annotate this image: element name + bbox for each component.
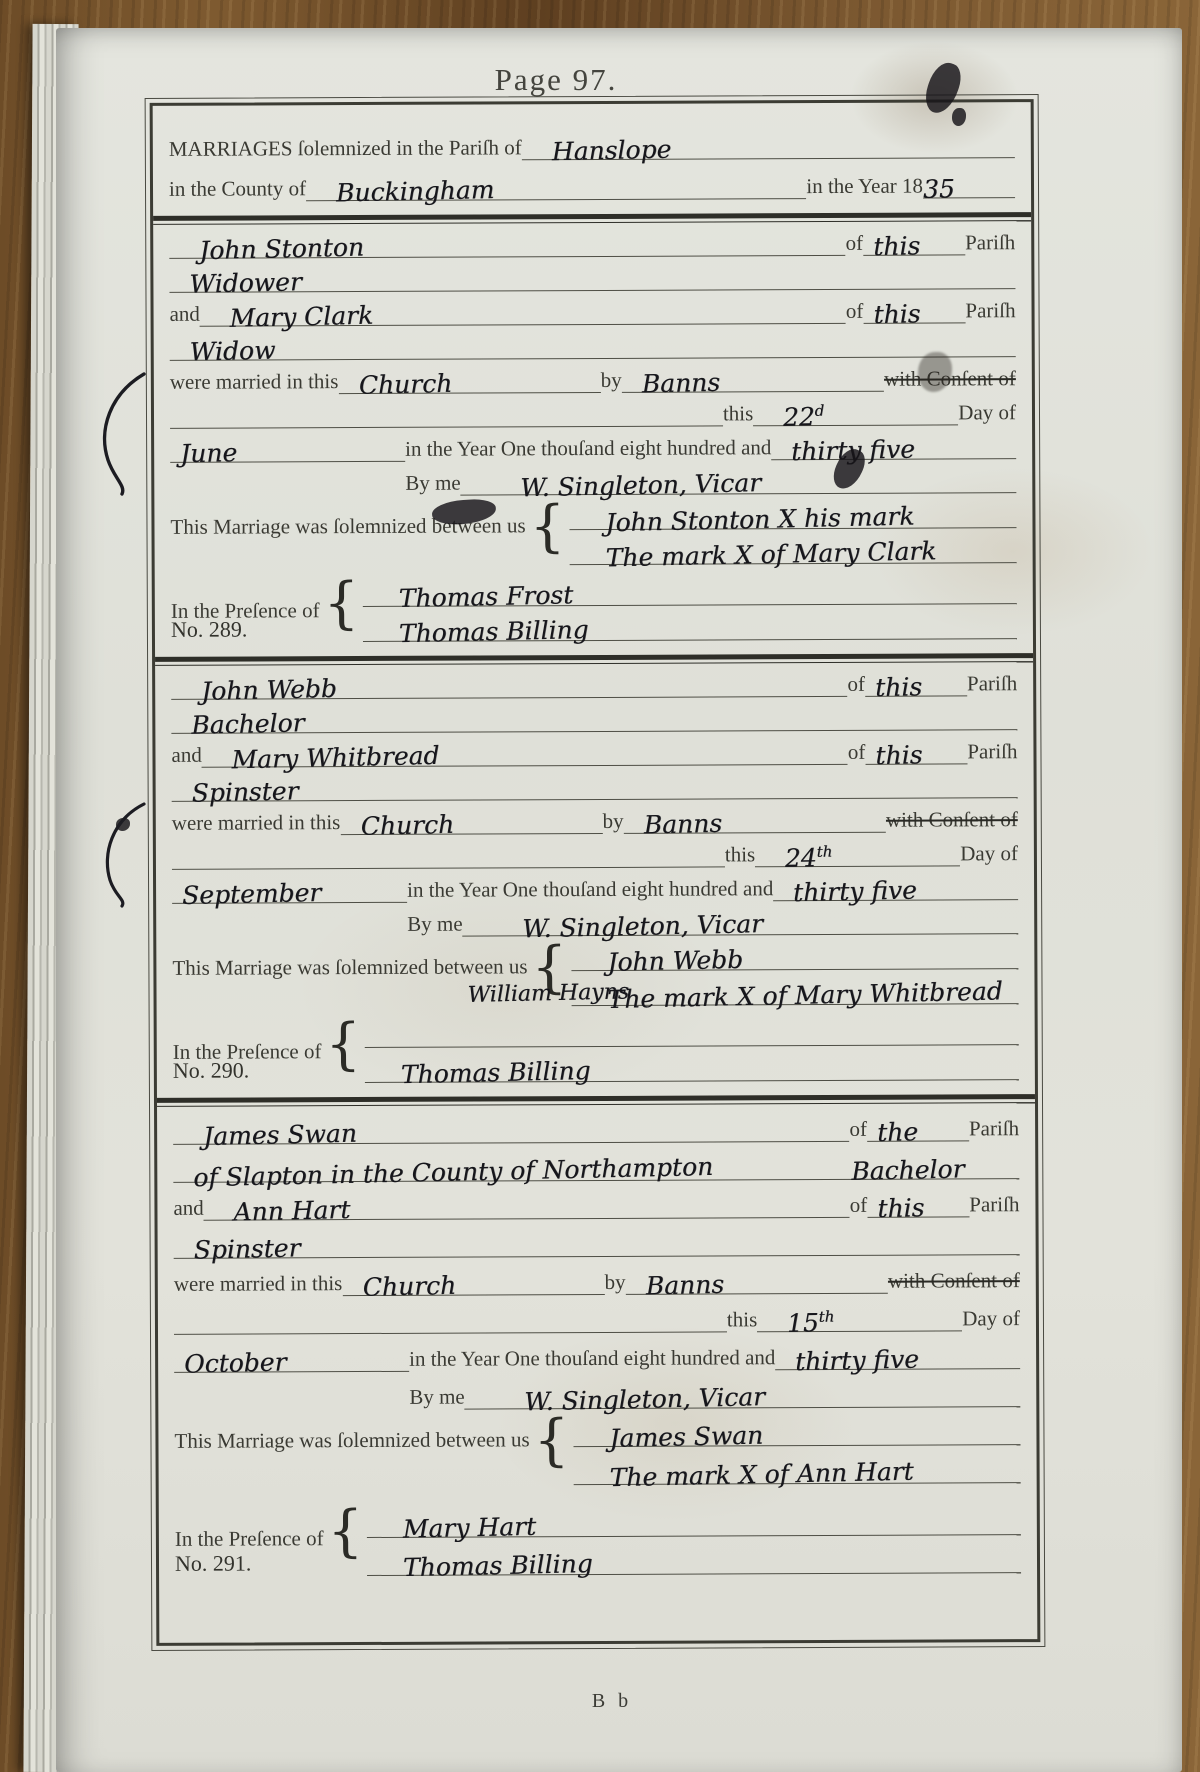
entries-list: John Stonton of this Pariſh Widower and … (169, 198, 1021, 1577)
year-field: 35 (923, 174, 1015, 198)
header-county-label: in the County of (169, 176, 306, 202)
groom-signature-line: James Swan (573, 1407, 1020, 1447)
groom-parish-field: the (867, 1117, 969, 1141)
day-row: this 15th Day of (174, 1293, 1020, 1335)
ink-flourish (92, 368, 152, 498)
married-method: Banns (641, 368, 720, 399)
day-row: this 24th Day of (172, 832, 1018, 870)
year-words: thirty five (795, 1345, 919, 1377)
groom-condition-field: Bachelor (171, 706, 1017, 734)
officiant-row: By me W. Singleton, Vicar (170, 459, 1016, 497)
bride-condition-field: Spinster (174, 1231, 1020, 1259)
officiant-field: W. Singleton, Vicar (461, 469, 1017, 495)
bride-name-field: Ann Hart (204, 1194, 850, 1221)
month-year-row: September in the Year One thouſand eight… (172, 866, 1018, 904)
solemnized-label: This Marriage was ſolemnized between us (174, 1427, 529, 1454)
parish-value: Hanslope (551, 135, 671, 167)
consent-label: with Conſent of (888, 1268, 1020, 1294)
marriage-form-frame: MARRIAGES ſolemnized in the Pariſh of Ha… (145, 94, 1046, 1651)
groom-condition: Widower (189, 267, 302, 298)
signatures-column: James Swan The mark X of Ann Hart (573, 1407, 1021, 1485)
officiant-field: W. Singleton, Vicar (465, 1383, 1021, 1409)
method-field: Banns (624, 809, 886, 834)
bride-condition-field: Spinster (172, 774, 1018, 802)
form-header: MARRIAGES ſolemnized in the Pariſh of Ha… (169, 102, 1015, 202)
witness-2-signature: Thomas Billing (363, 615, 589, 649)
witness-line-1 (365, 1010, 1019, 1048)
signatures-column: John Webb The mark X of Mary Whitbread (571, 934, 1019, 1006)
bride-parish: this (875, 740, 923, 770)
married-label: were married in this (172, 810, 341, 836)
presence-row: In the Preſence of { Thomas Billing No. … (173, 1010, 1019, 1084)
month-value: June (180, 438, 238, 468)
bride-name: Mary Whitbread (232, 741, 441, 775)
place-field: Church (340, 810, 602, 835)
witness-1-signature: Thomas Frost (363, 580, 574, 614)
place-field: Church (342, 1271, 604, 1296)
by-label: by (605, 1270, 626, 1295)
day-value: 15th (787, 1307, 835, 1337)
parish-label: Pariſh (969, 1192, 1019, 1217)
groom-name: John Webb (201, 674, 337, 706)
witness-2-signature: Thomas Billing (367, 1549, 593, 1583)
entry-number: No. 290. (173, 1058, 250, 1084)
presence-row: In the Preſence of { Mary Hart Thomas Bi… (175, 1497, 1021, 1577)
witness-line-2: Thomas Billing (365, 1045, 1019, 1083)
officiant-field: W. Singleton, Vicar (463, 910, 1019, 936)
ink-flourish (96, 800, 152, 910)
year-words-field: thirty five (771, 435, 1016, 460)
year-line-label: in the Year One thouſand eight hundred a… (407, 876, 773, 903)
witnesses-column: Mary Hart Thomas Billing (367, 1497, 1021, 1576)
day-field: 24th (755, 842, 960, 867)
married-place: Church (362, 1271, 456, 1302)
this-label: this (723, 401, 753, 426)
groom-name: John Stonton (199, 233, 364, 266)
groom-condition: Bachelor (191, 708, 305, 739)
bride-signature: The mark X of Mary Whitbread (571, 976, 1003, 1014)
bride-name-field: Mary Whitbread (202, 741, 848, 768)
marriage-entry: John Webb of this Pariſh Bachelor and Ma… (171, 639, 1019, 1084)
married-label: were married in this (170, 369, 339, 395)
parish-label: Pariſh (965, 230, 1015, 255)
groom-parish: this (875, 672, 923, 702)
marriage-form: MARRIAGES ſolemnized in the Pariſh of Ha… (150, 99, 1041, 1646)
married-place: Church (360, 810, 454, 841)
by-me-label: By me (405, 471, 461, 496)
groom-name-field: John Stonton (169, 232, 845, 259)
witness-line-1: Thomas Frost (363, 569, 1017, 607)
groom-row: John Webb of this Pariſh (171, 662, 1017, 700)
parish-label: Pariſh (967, 739, 1017, 764)
groom-condition-field: of Slapton in the County of Northampton … (173, 1155, 1019, 1183)
and-label: and (173, 1196, 203, 1221)
parish-label: Pariſh (967, 671, 1017, 696)
of-label: of (848, 740, 866, 765)
year-words-field: thirty five (773, 876, 1018, 901)
groom-condition-right: Bachelor (851, 1154, 965, 1185)
brace-glyph: { (325, 1013, 361, 1077)
year-line-label: in the Year One thouſand eight hundred a… (405, 435, 771, 462)
printer-signature-mark: B b (62, 1690, 1162, 1713)
this-label: this (725, 842, 755, 867)
day-value: 22d (783, 401, 825, 431)
day-field: 22d (753, 401, 958, 426)
witness-2-signature: Thomas Billing (365, 1056, 591, 1090)
groom-parish: the (877, 1117, 919, 1147)
parish-label: Pariſh (965, 298, 1015, 323)
groom-signature: James Swan (573, 1421, 763, 1454)
bride-signature: The mark X of Ann Hart (573, 1457, 914, 1493)
parish-field: Hanslope (522, 134, 1015, 160)
brace-glyph: { (323, 572, 359, 636)
year-words-field: thirty five (775, 1345, 1020, 1370)
header-year-label: in the Year 18 (806, 174, 923, 200)
groom-parish-field: this (863, 231, 965, 255)
day-value: 24th (785, 842, 833, 872)
groom-row: James Swan of the Pariſh (173, 1103, 1019, 1145)
bride-parish-field: this (867, 1193, 969, 1217)
register-page: Page 97. MARRIAGES ſolemnized in the Par… (56, 28, 1182, 1772)
this-label: this (727, 1307, 757, 1332)
place-field: Church (338, 369, 600, 394)
month-field: June (170, 438, 405, 463)
side-witness-signature: William Hayns (467, 979, 629, 1008)
by-label: by (601, 368, 622, 393)
groom-name: James Swan (203, 1119, 357, 1151)
day-of-label: Day of (960, 841, 1018, 866)
page-number-label: Page 97. (56, 62, 1056, 98)
bride-condition: Widow (189, 336, 275, 367)
day-of-label: Day of (962, 1306, 1020, 1331)
header-parish-label: MARRIAGES ſolemnized in the Pariſh of (169, 135, 522, 162)
day-row: this 22d Day of (170, 391, 1016, 429)
month-field: September (172, 879, 407, 904)
of-label: of (846, 299, 864, 324)
bride-name: Ann Hart (233, 1195, 351, 1227)
groom-row: John Stonton of this Pariſh (169, 221, 1015, 259)
groom-condition-field: Widower (169, 265, 1015, 293)
brace-glyph: { (529, 495, 565, 559)
and-label: and (171, 743, 201, 768)
by-me-label: By me (407, 912, 463, 937)
groom-parish: this (873, 231, 921, 261)
method-field: Banns (626, 1270, 888, 1295)
bride-signature: The mark X of Mary Clark (569, 536, 936, 573)
county-value: Buckingham (336, 175, 495, 207)
brace-glyph: { (533, 1409, 569, 1473)
month-value: October (184, 1347, 287, 1378)
county-field: Buckingham (306, 175, 806, 201)
year-words: thirty five (793, 876, 917, 908)
brace-glyph: { (327, 1500, 363, 1564)
groom-name-field: John Webb (171, 673, 847, 700)
of-label: of (849, 1117, 867, 1142)
day-field: 15th (757, 1307, 962, 1332)
presence-row: In the Preſence of { Thomas Frost Thomas… (171, 569, 1017, 643)
signatures-column: John Stonton X his mark The mark X of Ma… (569, 493, 1017, 565)
bride-parish: this (877, 1193, 925, 1223)
month-value: September (182, 878, 322, 910)
month-year-row: October in the Year One thouſand eight h… (174, 1331, 1020, 1373)
method-field: Banns (622, 368, 884, 393)
by-me-label: By me (409, 1385, 465, 1410)
entry-number: No. 291. (175, 1551, 252, 1577)
bride-condition: Spinster (191, 776, 298, 807)
header-parish-row: MARRIAGES ſolemnized in the Pariſh of Ha… (169, 118, 1015, 162)
of-label: of (846, 231, 864, 256)
bride-parish-field: this (865, 740, 967, 764)
married-row: were married in this Church by Banns wit… (170, 357, 1016, 395)
bride-name: Mary Clark (230, 301, 374, 333)
entry-number: No. 289. (171, 617, 248, 643)
marriage-entry: James Swan of the Pariſh of Slapton in t… (173, 1080, 1021, 1577)
solemnized-row: This Marriage was ſolemnized between us … (170, 493, 1016, 567)
groom-parish-field: this (865, 672, 967, 696)
register-photo: { "page_label": "Page 97.", "printer_mar… (0, 0, 1200, 1772)
month-year-row: June in the Year One thouſand eight hund… (170, 425, 1016, 463)
groom-signature: John Webb (571, 945, 743, 978)
bride-name-field: Mary Clark (200, 300, 846, 327)
solemnized-row: This Marriage was ſolemnized between us … (174, 1407, 1020, 1487)
groom-signature-line: John Webb (571, 934, 1018, 971)
day-of-label: Day of (958, 400, 1016, 425)
witness-line-1: Mary Hart (367, 1497, 1021, 1538)
groom-signature-line: John Stonton X his mark (569, 493, 1016, 530)
witness-1-signature: Mary Hart (367, 1512, 537, 1545)
married-method: Banns (643, 809, 722, 840)
bride-condition-field: Widow (170, 333, 1016, 361)
year-line-label: in the Year One thouſand eight hundred a… (409, 1345, 775, 1372)
witnesses-column: Thomas Frost Thomas Billing (363, 569, 1017, 642)
month-field: October (174, 1348, 409, 1373)
officiant-row: By me W. Singleton, Vicar (174, 1369, 1020, 1411)
by-label: by (603, 809, 624, 834)
bride-parish: this (873, 299, 921, 329)
marriage-entry: John Stonton of this Pariſh Widower and … (169, 198, 1017, 643)
solemnized-label: This Marriage was ſolemnized between us (172, 954, 527, 981)
married-place: Church (358, 369, 452, 400)
married-label: were married in this (174, 1271, 343, 1297)
and-label: and (170, 302, 200, 327)
of-label: of (850, 1193, 868, 1218)
married-method: Banns (645, 1270, 724, 1301)
groom-name-field: James Swan (173, 1118, 849, 1145)
bride-parish-field: this (863, 299, 965, 323)
year-value: 35 (923, 174, 955, 204)
solemnized-row: This Marriage was ſolemnized between us … (172, 934, 1018, 1008)
presence-label: In the Preſence of (175, 1526, 324, 1552)
parish-label: Pariſh (969, 1116, 1019, 1141)
of-label: of (847, 672, 865, 697)
bride-condition: Spinster (193, 1233, 300, 1264)
consent-label: with Conſent of (886, 807, 1018, 833)
witnesses-column: Thomas Billing (365, 1010, 1019, 1083)
